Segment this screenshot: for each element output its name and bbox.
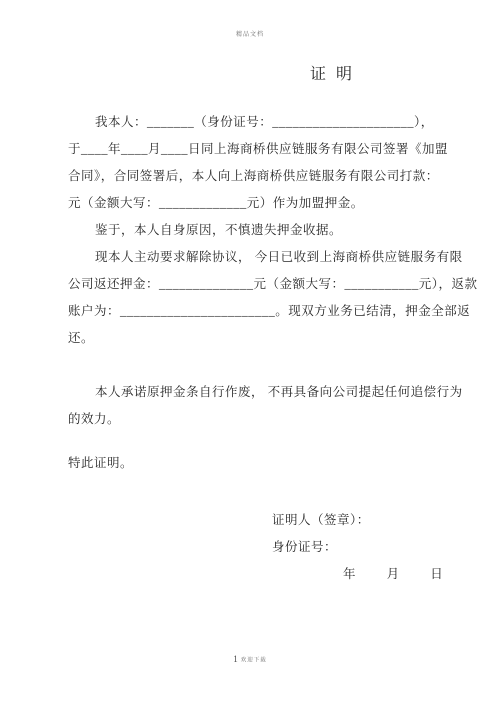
document-page: 精品文档 证 明 我本人：_______（身份证号：______________…: [0, 0, 500, 708]
body-line: 公司返还押金：______________元（金额大写：___________元…: [68, 271, 438, 298]
signature-date-line: 年 月 日: [68, 561, 438, 588]
closing-statement: 特此证明。: [68, 450, 438, 477]
body-line: 鉴于，本人自身原因，不慎遗失押金收据。: [68, 217, 438, 244]
body-line: 的效力。: [68, 406, 438, 433]
signature-signer-label: 证明人（签章）：: [68, 507, 438, 534]
body-line: 元（金额大写：_____________元）作为加盟押金。: [68, 190, 438, 217]
body-line: 于____年____月____日同上海商桥供应链服务有限公司签署《加盟: [68, 136, 438, 163]
document-title: 证 明: [310, 61, 355, 84]
body-line: 现本人主动要求解除协议， 今日已收到上海商桥供应链服务有限: [68, 244, 438, 271]
body-line: 账户为：_______________________。现双方业务已结清，押金全…: [68, 298, 438, 325]
signature-id-label: 身份证号：: [68, 534, 438, 561]
body-line: 合同》，合同签署后，本人向上海商桥供应链服务有限公司打款：: [68, 163, 438, 190]
page-footer: 1欢迎下载: [0, 650, 500, 668]
paragraph-gap: [68, 477, 438, 507]
document-body: 我本人：_______（身份证号：_____________________），…: [68, 109, 438, 588]
body-line: 我本人：_______（身份证号：_____________________），: [68, 109, 438, 136]
header-watermark: 精品文档: [0, 29, 500, 38]
page-number: 1: [233, 654, 238, 664]
paragraph-gap: [68, 352, 438, 379]
paragraph-gap: [68, 433, 438, 450]
body-line: 本人承诺原押金条自行作废， 不再具备向公司提起任何追偿行为: [68, 379, 438, 406]
footer-note: 欢迎下载: [241, 657, 267, 663]
body-line: 还。: [68, 325, 438, 352]
